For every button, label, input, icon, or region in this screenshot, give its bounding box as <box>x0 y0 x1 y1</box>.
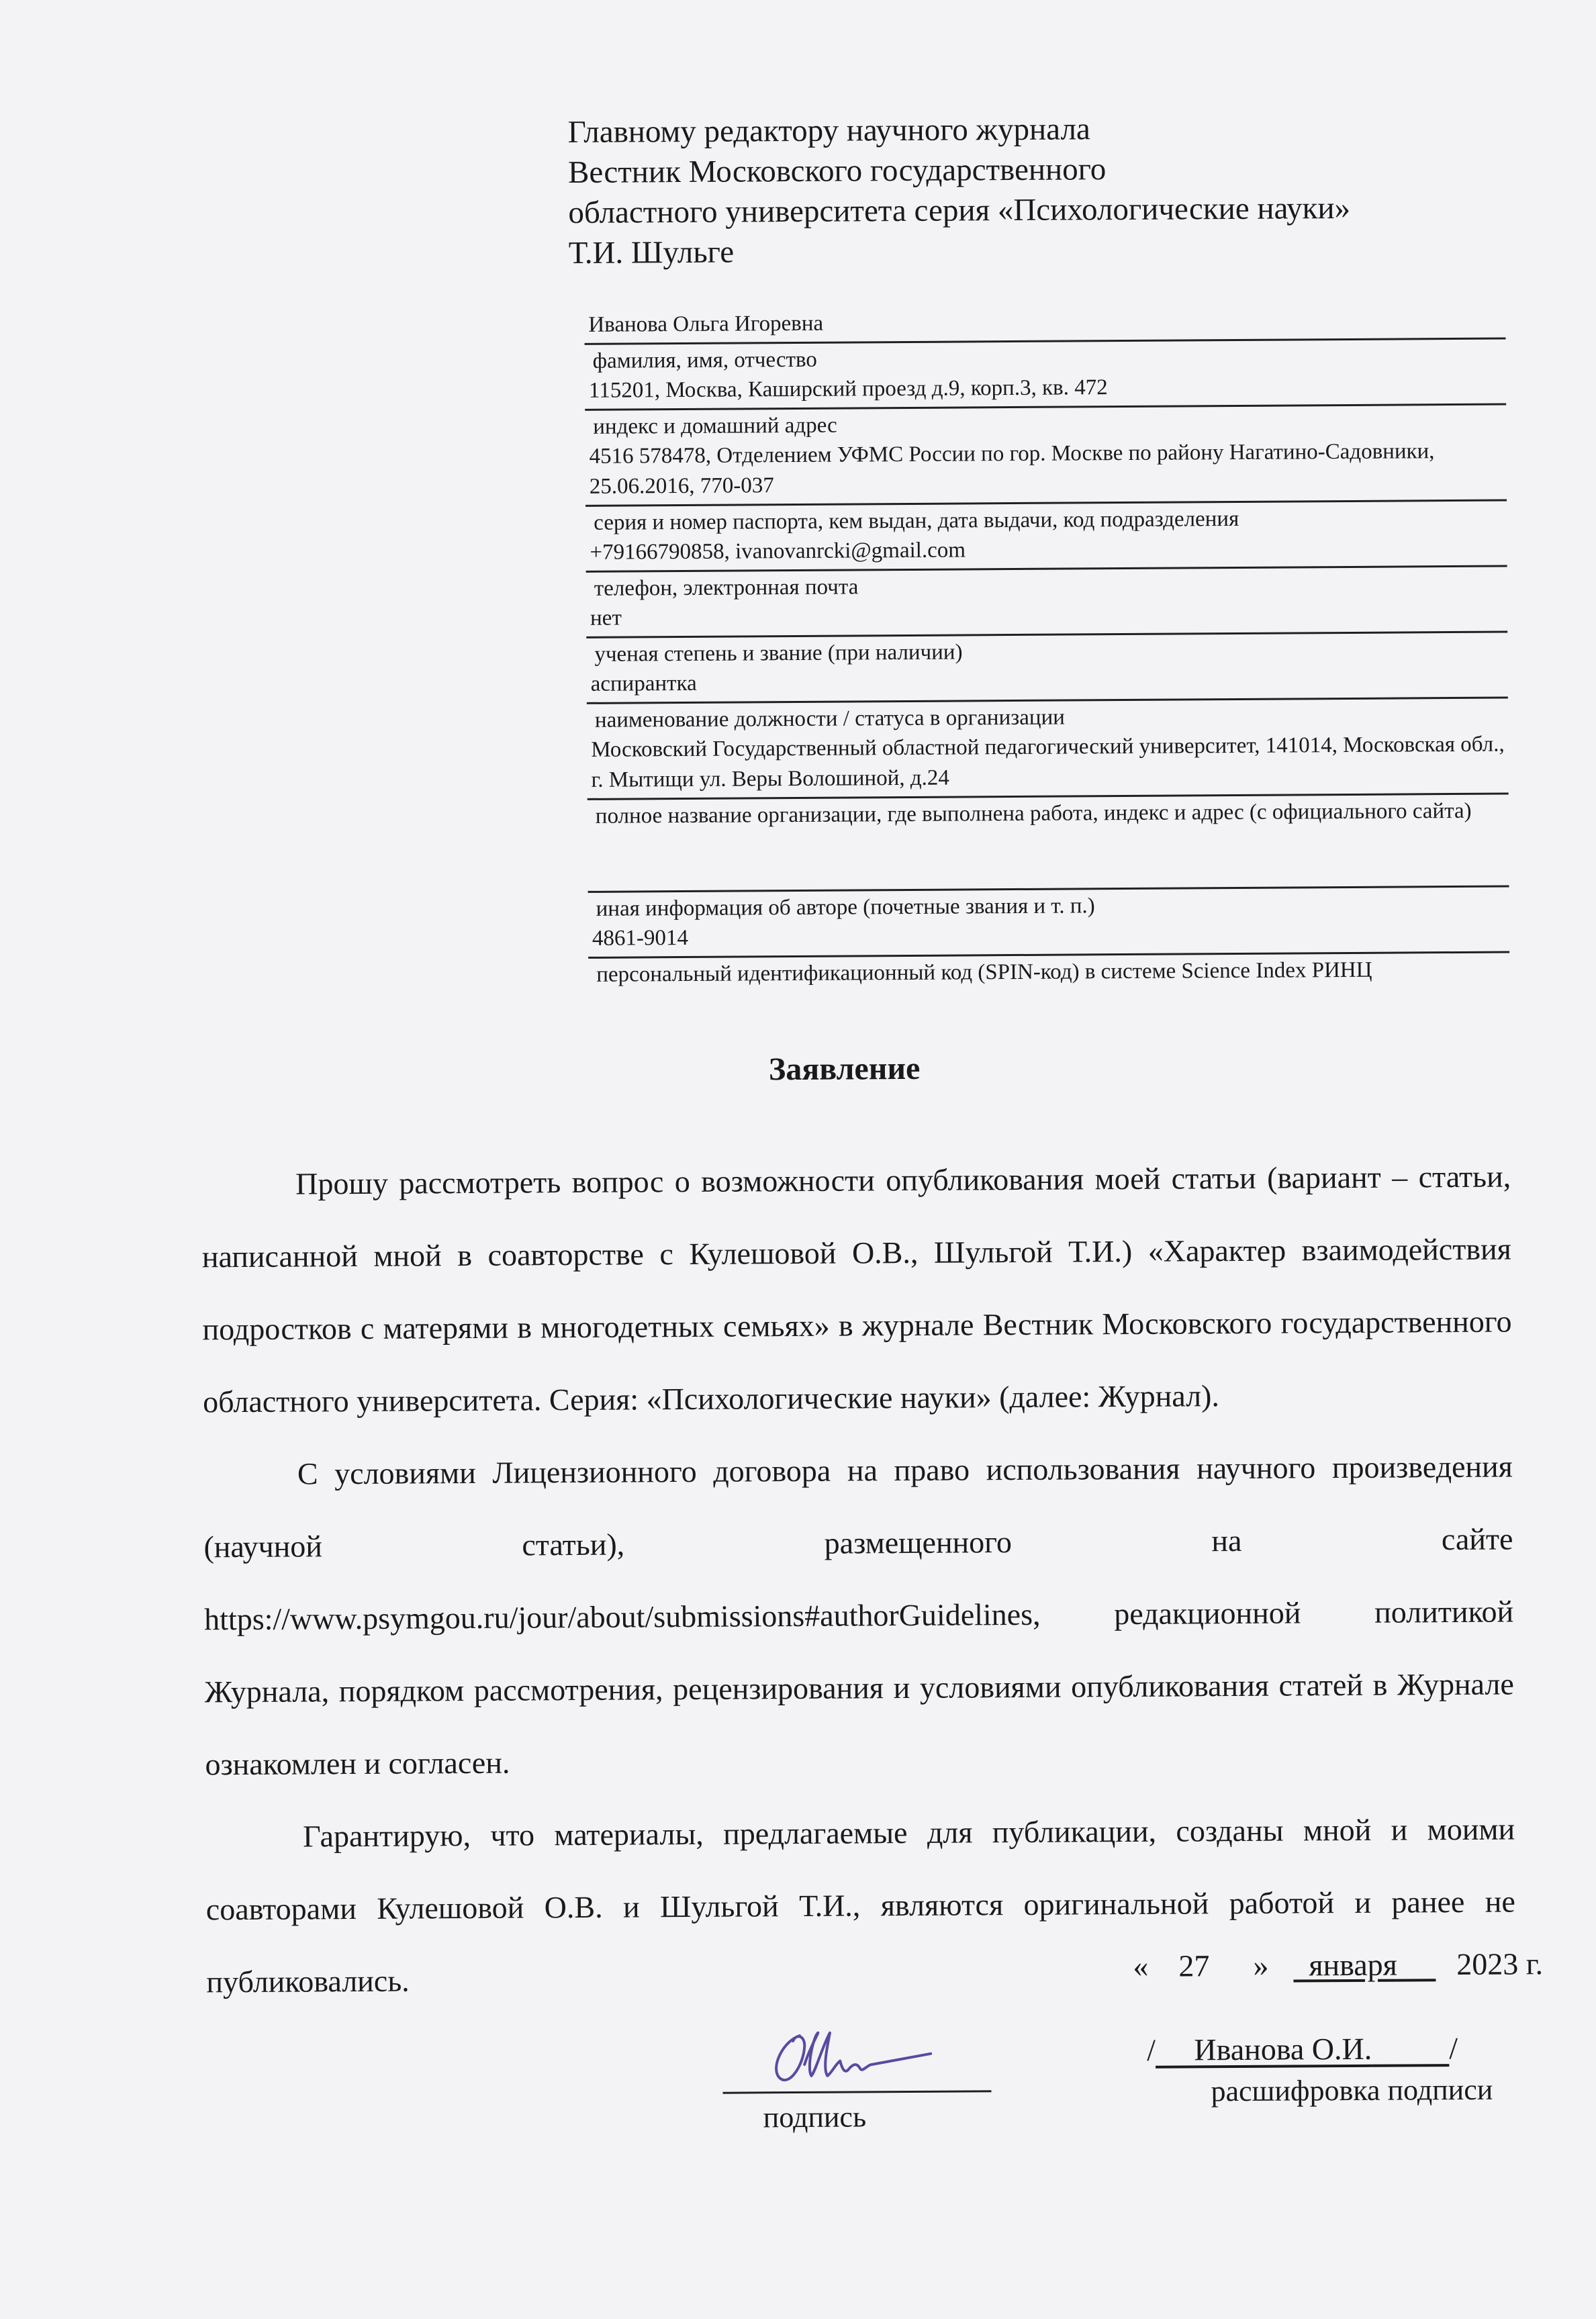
body-paragraph: Гарантирую, что материалы, предлагаемые … <box>205 1793 1516 2018</box>
field-value <box>588 853 1509 888</box>
addressee-line: областного университета серия «Психологи… <box>568 188 1350 233</box>
date-close-quote: » <box>1253 1948 1268 1983</box>
date-day: 27 <box>1178 1948 1209 1983</box>
decode-name: Иванова О.И. <box>1156 2031 1450 2067</box>
decode-caption: расшифровка подписи <box>1147 2072 1536 2109</box>
field-value: Иванова Ольга Игоревна <box>584 305 1505 340</box>
application-body: Прошу рассмотреть вопрос о возможности о… <box>201 1141 1516 2019</box>
field-value: Московский Государственный областной пед… <box>587 730 1509 796</box>
date-open-quote: « <box>1133 1949 1148 1983</box>
signature-block: подпись <box>722 2026 991 2028</box>
date-year: 2023 г. <box>1456 1946 1543 1981</box>
author-info-form: Иванова Ольга Игоревна фамилия, имя, отч… <box>584 305 1509 990</box>
document-page: Главному редактору научного журнала Вест… <box>0 0 1596 2319</box>
decode-slash-close: / <box>1449 2031 1458 2065</box>
addressee-line: Вестник Московского государственного <box>568 148 1350 193</box>
addressee-block: Главному редактору научного журнала Вест… <box>567 107 1350 273</box>
addressee-line: Главному редактору научного журнала <box>567 107 1350 152</box>
date-line: « 27 » января 2023 г. <box>1133 1946 1543 1984</box>
decode-slash-open: / <box>1147 2033 1156 2067</box>
field-other-info: иная информация об авторе (почетные зван… <box>588 826 1509 924</box>
field-passport: 4516 578478, Отделением УФМС России по г… <box>585 436 1507 538</box>
field-value: аспирантка <box>587 664 1508 700</box>
field-value: 4516 578478, Отделением УФМС России по г… <box>585 436 1507 502</box>
body-paragraph: С условиями Лицензионного договора на пр… <box>203 1431 1515 1801</box>
document-title: Заявление <box>0 1046 1595 1093</box>
field-value: нет <box>586 598 1507 634</box>
field-full-name: Иванова Ольга Игоревна фамилия, имя, отч… <box>584 305 1506 376</box>
field-value: 115201, Москва, Каширский проезд д.9, ко… <box>585 371 1506 406</box>
signature-decode-block: / Иванова О.И. / расшифровка подписи <box>1147 2030 1537 2109</box>
field-position: аспирантка наименование должности / стат… <box>587 664 1509 735</box>
field-label: персональный идентификационный код (SPIN… <box>588 955 1509 990</box>
field-organization: Московский Государственный областной пед… <box>587 730 1509 831</box>
body-paragraph: Прошу рассмотреть вопрос о возможности о… <box>201 1141 1513 1439</box>
field-spin-code: 4861-9014 персональный идентификационный… <box>588 918 1510 990</box>
signature-caption: подпись <box>763 2099 867 2134</box>
field-value: +79166790858, ivanovanrcki@gmail.com <box>585 532 1507 568</box>
date-month: января <box>1293 1947 1436 1982</box>
field-home-address: 115201, Москва, Каширский проезд д.9, ко… <box>585 371 1507 442</box>
addressee-line: Т.И. Шульге <box>569 228 1351 273</box>
handwritten-signature <box>763 2027 965 2092</box>
field-academic-degree: нет ученая степень и звание (при наличии… <box>586 598 1508 669</box>
field-value: 4861-9014 <box>588 918 1509 954</box>
field-contacts: +79166790858, ivanovanrcki@gmail.com тел… <box>585 532 1507 604</box>
